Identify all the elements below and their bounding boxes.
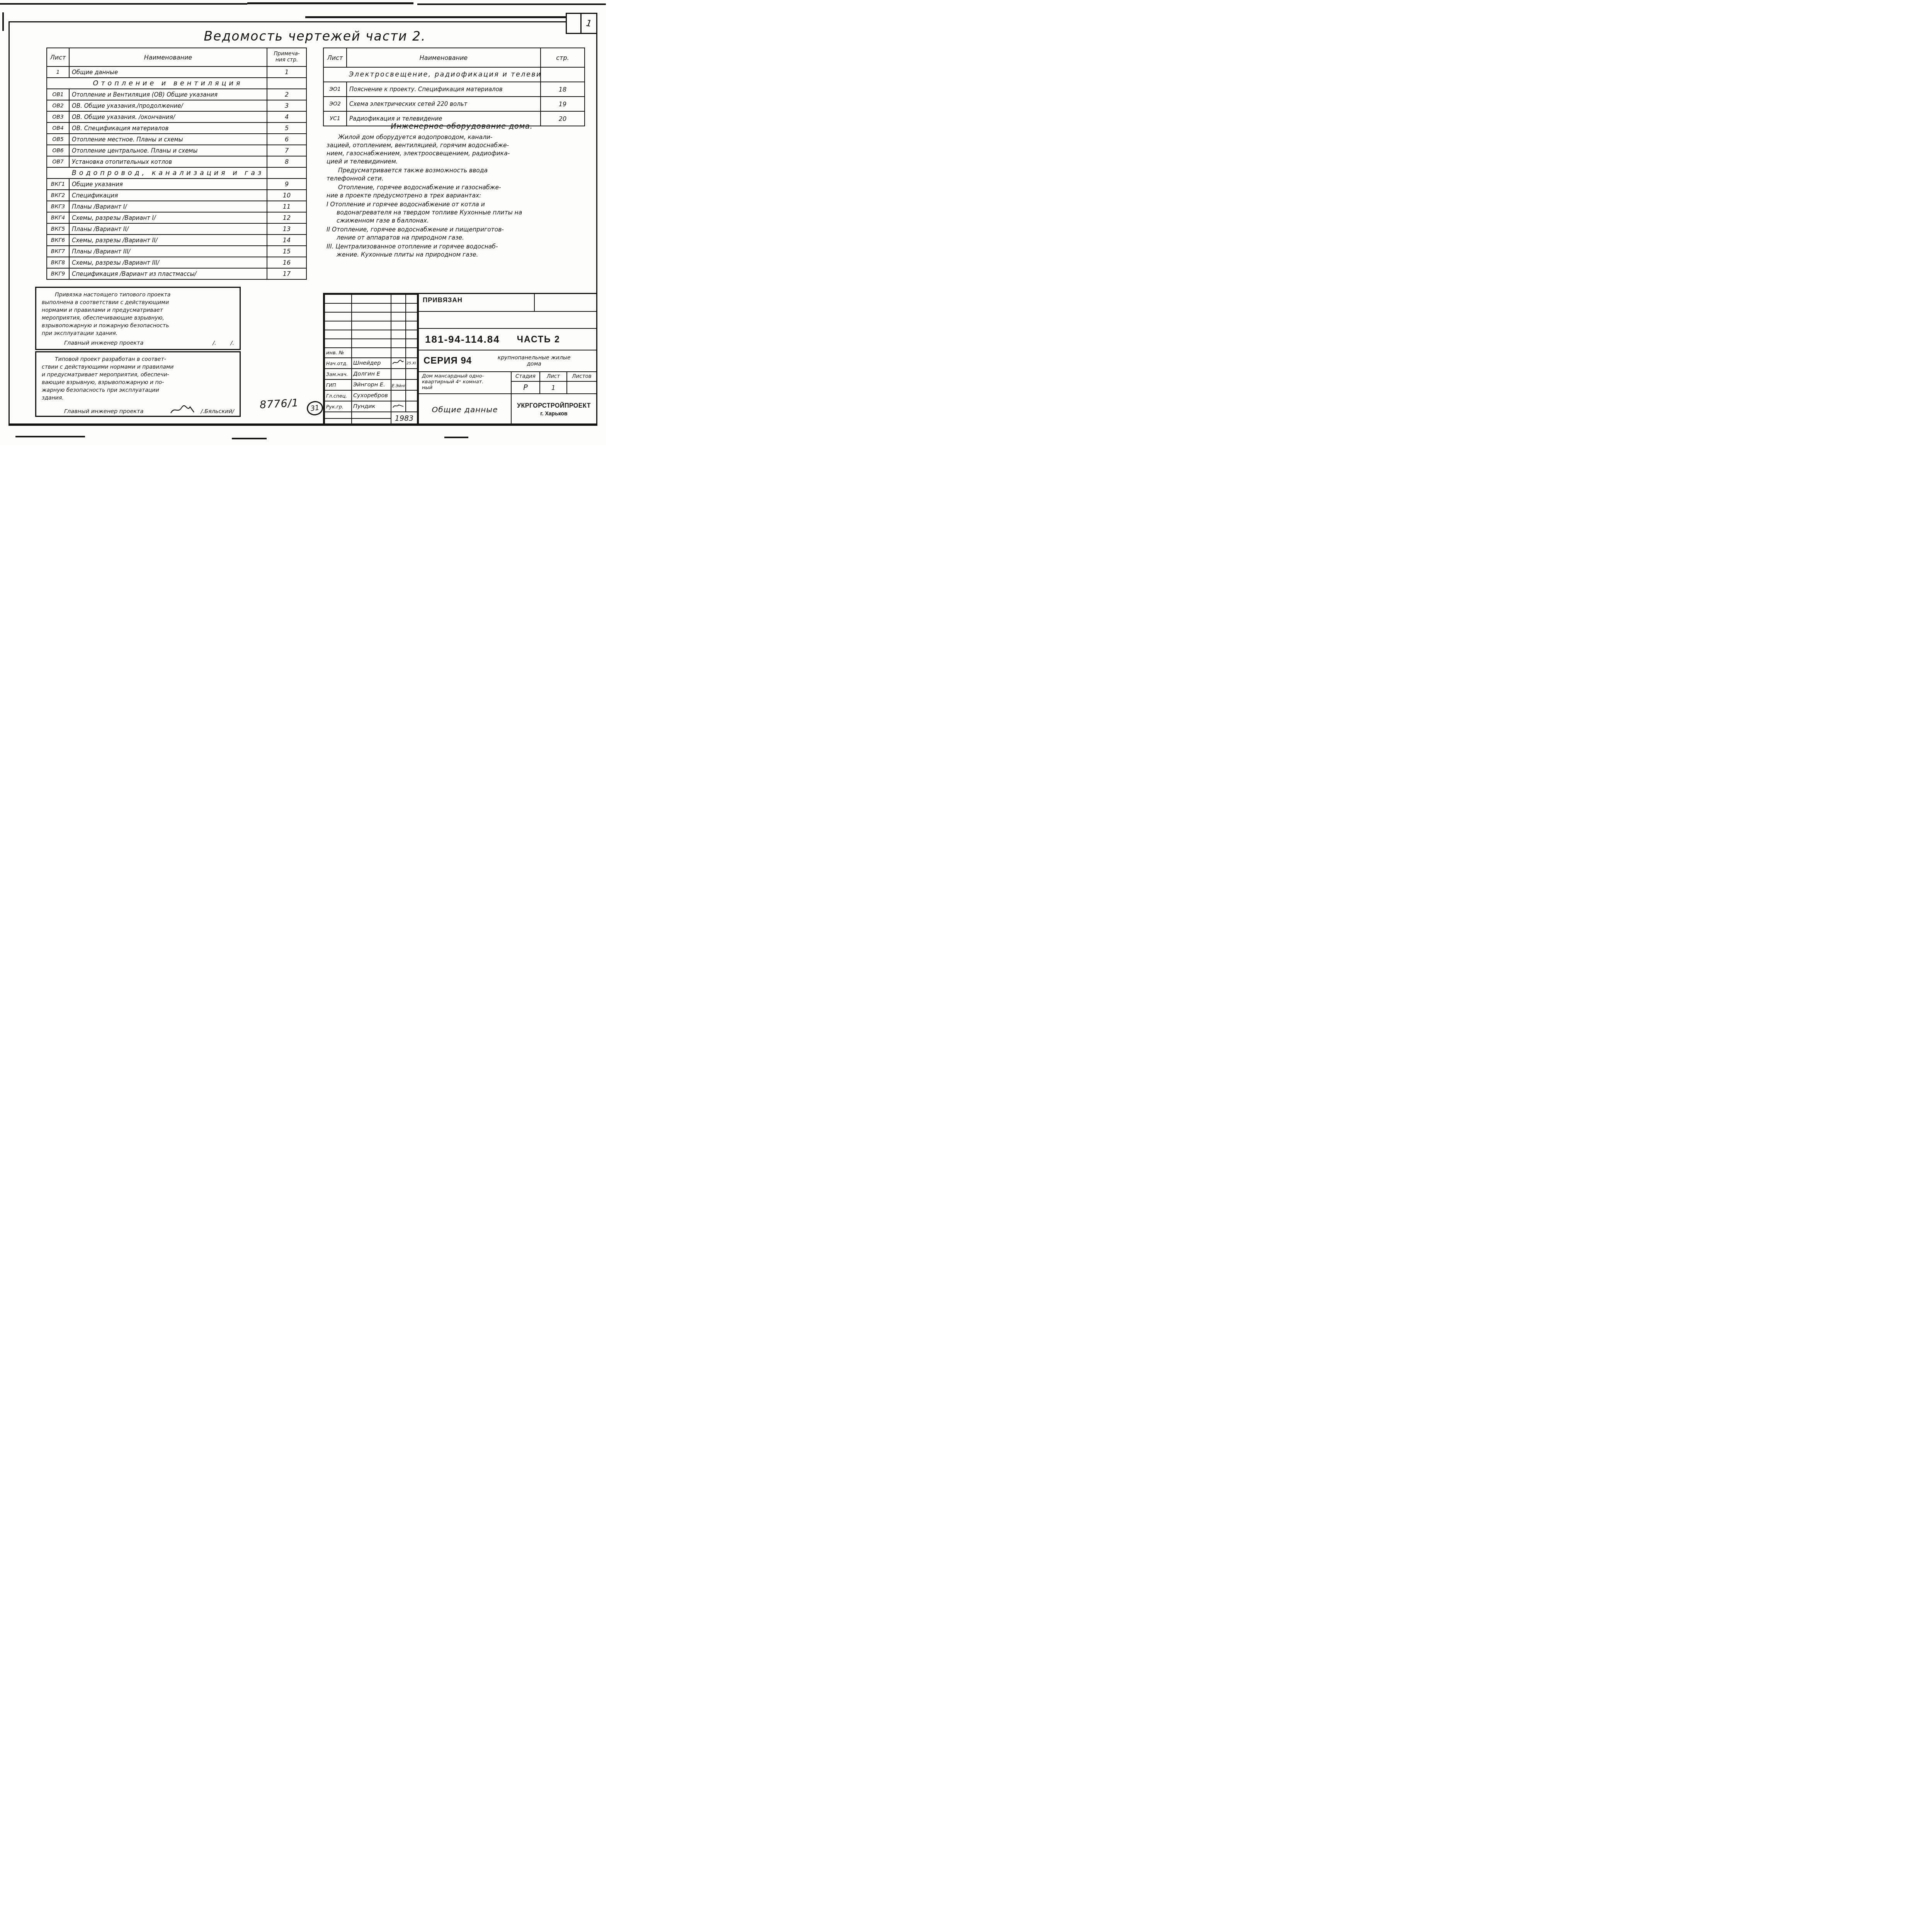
cell-sheet-code: ВКГ8 — [47, 257, 69, 268]
cell-drawing-name: ОВ. Общие указания. /окончания/ — [69, 111, 267, 122]
cell-drawing-name: Общие указания — [69, 179, 267, 190]
signature-icon — [392, 403, 404, 409]
cell-sheet-code: ВКГ7 — [47, 246, 69, 257]
empty-cell — [391, 312, 406, 321]
sheets-label: Листов — [567, 372, 596, 381]
cell-page-number: 4 — [267, 111, 306, 122]
staff-signature — [391, 390, 406, 401]
staff-row: ГИП Эйнгорн Е. Е.Эйнгорн — [325, 379, 417, 390]
cell-sheet-code: ОВ6 — [47, 145, 69, 156]
table-row: ВКГ8 Схемы, разрезы /Вариант III/ 16 — [47, 257, 306, 268]
col-header-page: стр. — [541, 48, 585, 67]
document-part: ЧАСТЬ 2 — [517, 334, 560, 345]
cell-sheet-code: ОВ1 — [47, 89, 69, 100]
signature-marks: /. /. — [213, 340, 234, 346]
object-stage-row: Дом мансардный одно- квартирный 4ˣ комна… — [419, 371, 596, 393]
staff-signature — [391, 369, 406, 379]
cell-sheet-code: ЭО1 — [323, 82, 347, 97]
stage-label: Стадия — [512, 372, 540, 381]
cell-drawing-name: Отопление и Вентиляция (ОВ) Общие указан… — [69, 89, 267, 100]
table-row: ОВ5 Отопление местное. Планы и схемы 6 — [47, 134, 306, 145]
cell-page-number: 1 — [267, 66, 306, 78]
empty-cell — [406, 303, 417, 312]
table-row: ОВ6 Отопление центральное. Планы и схемы… — [47, 145, 306, 156]
stage-sheet-header: Стадия Лист Листов — [512, 372, 596, 382]
cell-page-number: 9 — [267, 179, 306, 190]
staff-name: Пундик — [352, 401, 391, 412]
table-row: 1 Общие данные 1 — [47, 66, 306, 78]
table-row: ВКГ3 Планы /Вариант I/ 11 — [47, 201, 306, 212]
cell-drawing-name: Планы /Вариант II/ — [69, 223, 267, 235]
cell-page-number: 8 — [267, 156, 306, 167]
cell-drawing-name: Установка отопительных котлов — [69, 156, 267, 167]
cell-drawing-name: Пояснение к проекту. Спецификация матери… — [347, 82, 541, 97]
corner-sheet-number-box: 1 — [566, 13, 597, 34]
signature-icon — [392, 359, 404, 366]
cell-page-number: 17 — [267, 268, 306, 279]
year-cell: 1983 — [391, 412, 417, 425]
cell-page-number: 13 — [267, 223, 306, 235]
scan-artifact — [305, 16, 597, 18]
cell-sheet-code: ВКГ5 — [47, 223, 69, 235]
table-row: ОВ1 Отопление и Вентиляция (ОВ) Общие ук… — [47, 89, 306, 100]
empty-row — [325, 312, 417, 321]
series-row: СЕРИЯ 94 крупнопанельные жилые дома — [419, 350, 596, 371]
col-header-sheet: Лист — [47, 48, 69, 66]
table-row: ВКГ2 Спецификация 10 — [47, 190, 306, 201]
cell-drawing-name: Отопление центральное. Планы и схемы — [69, 145, 267, 156]
sheets-value — [567, 382, 596, 393]
empty-cell — [352, 418, 391, 425]
cell-drawing-name: Отопление и вентиляция — [69, 78, 267, 89]
table-row: ЭО2 Схема электрических сетей 220 вольт … — [323, 97, 585, 111]
staff-signature: Е.Эйнгорн — [391, 379, 406, 390]
empty-cell — [325, 303, 352, 312]
signature-name: /.Бяльский/ — [201, 408, 234, 415]
staff-date — [406, 390, 417, 401]
empty-cell — [325, 418, 352, 425]
cell-page-number: 14 — [267, 235, 306, 246]
signature-label: Главный инженер проекта — [64, 408, 143, 415]
title-block-left-grid: инв. № Нач.отд. Шнейдер 25.XI Зам.нач. Д… — [324, 294, 418, 425]
staff-date — [406, 379, 417, 390]
table-row: ВКГ9 Спецификация /Вариант из пластмассы… — [47, 268, 306, 279]
cell-page-number: 5 — [267, 122, 306, 134]
sheet-title: Общие данные — [419, 394, 512, 425]
page-title: Ведомость чертежей части 2. — [162, 29, 468, 44]
empty-cell — [325, 294, 352, 303]
cell-page-number: 12 — [267, 212, 306, 223]
cell-page-number: 3 — [267, 100, 306, 111]
staff-date — [406, 369, 417, 379]
cell-sheet-code: ВКГ1 — [47, 179, 69, 190]
empty-cell — [352, 412, 391, 418]
privyazan-row: ПРИВЯЗАН — [419, 294, 596, 311]
empty-row — [325, 303, 417, 312]
col-header-name: Наименование — [347, 48, 541, 67]
scan-artifact — [417, 3, 606, 5]
staff-signature — [391, 358, 406, 369]
cell-drawing-name: ОВ. Общие указания./продолжение/ — [69, 100, 267, 111]
sheet-title-row: Общие данные УКРГОРСТРОЙПРОЕКТ г. Харько… — [419, 393, 596, 425]
table-row: ВКГ7 Планы /Вариант III/ 15 — [47, 246, 306, 257]
cell-sheet-code: ОВ4 — [47, 122, 69, 134]
col-header-note: Примеча- ния стр. — [267, 48, 306, 66]
table-header-row: Лист Наименование Примеча- ния стр. — [47, 48, 306, 66]
cell-drawing-name: Спецификация /Вариант из пластмассы/ — [69, 268, 267, 279]
empty-cell — [406, 339, 417, 348]
empty-cell — [352, 321, 391, 330]
cell-sheet-code — [323, 67, 347, 82]
drawings-table-left: Лист Наименование Примеча- ния стр. 1 Об… — [46, 48, 307, 280]
cell-drawing-name: Спецификация — [69, 190, 267, 201]
empty-cell — [406, 348, 417, 358]
empty-cell — [406, 330, 417, 339]
cell-drawing-name: Отопление местное. Планы и схемы — [69, 134, 267, 145]
table-row: ОВ7 Установка отопительных котлов 8 — [47, 156, 306, 167]
corner-sheet-number: 1 — [580, 13, 597, 34]
cell-drawing-name: Общие данные — [69, 66, 267, 78]
table-row: ОВ3 ОВ. Общие указания. /окончания/ 4 — [47, 111, 306, 122]
cell-page-number: 15 — [267, 246, 306, 257]
scan-artifact — [232, 438, 267, 439]
typical-project-note-box: Типовой проект разработан в соответ- ств… — [35, 351, 241, 417]
staff-row: Рук.гр. Пундик — [325, 401, 417, 412]
object-description: Дом мансардный одно- квартирный 4ˣ комна… — [419, 372, 512, 393]
drawings-table-right: Лист Наименование стр. Электросвещение, … — [323, 48, 585, 126]
engineering-note-heading: Инженерное оборудование дома. — [327, 122, 597, 131]
empty-cell — [325, 339, 352, 348]
empty-cell — [325, 312, 352, 321]
empty-cell — [325, 330, 352, 339]
empty-cell — [535, 294, 596, 311]
cell-sheet-code: ВКГ3 — [47, 201, 69, 212]
table-row: ВКГ6 Схемы, разрезы /Вариант II/ 14 — [47, 235, 306, 246]
cell-page-number: 18 — [541, 82, 585, 97]
empty-cell — [352, 348, 391, 358]
sheet-value: 1 — [540, 382, 567, 393]
table-row: Электросвещение, радиофикация и телевиде… — [323, 67, 585, 82]
stage-value: Р — [512, 382, 540, 393]
col-header-sheet: Лист — [323, 48, 347, 67]
staff-role: Нач.отд. — [325, 358, 352, 369]
cell-sheet-code: ОВ5 — [47, 134, 69, 145]
empty-cell — [352, 312, 391, 321]
table-row: ВКГ1 Общие указания 9 — [47, 179, 306, 190]
signature-icon — [169, 405, 198, 415]
table-row: ВКГ4 Схемы, разрезы /Вариант I/ 12 — [47, 212, 306, 223]
organization: УКРГОРСТРОЙПРОЕКТ г. Харьков — [512, 394, 596, 425]
cell-sheet-code: ВКГ2 — [47, 190, 69, 201]
cell-page-number — [541, 67, 585, 82]
empty-cell — [391, 348, 406, 358]
cell-drawing-name: Схемы, разрезы /Вариант II/ — [69, 235, 267, 246]
empty-cell — [325, 412, 352, 418]
note-text: Типовой проект разработан в соответ- ств… — [42, 355, 234, 402]
cell-drawing-name: Схема электрических сетей 220 вольт — [347, 97, 541, 111]
binding-note-box: Привязка настоящего типового проекта вып… — [35, 287, 241, 350]
staff-signature — [391, 401, 406, 412]
table-row: ЭО1 Пояснение к проекту. Спецификация ма… — [323, 82, 585, 97]
paragraph-variant-1: I Отопление и горячее водоснабжение от к… — [327, 201, 597, 225]
empty-cell — [391, 321, 406, 330]
document-number: 181-94-114.84 — [425, 333, 500, 345]
series-label: СЕРИЯ 94 — [423, 355, 472, 366]
cell-drawing-name: Схемы, разрезы /Вариант III/ — [69, 257, 267, 268]
empty-cell — [406, 312, 417, 321]
paragraph: Отопление, горячее водоснабжение и газос… — [327, 184, 597, 200]
cell-page-number: 6 — [267, 134, 306, 145]
inventory-number-label: инв. № — [325, 348, 352, 358]
empty-cell — [352, 303, 391, 312]
cell-page-number: 7 — [267, 145, 306, 156]
staff-role: Рук.гр. — [325, 401, 352, 412]
staff-role: Зам.нач. — [325, 369, 352, 379]
empty-cell — [325, 321, 352, 330]
empty-row — [325, 321, 417, 330]
empty-cell — [391, 303, 406, 312]
scan-artifact — [444, 437, 468, 438]
drawing-sheet: 1 Ведомость чертежей части 2. Лист Наиме… — [0, 0, 606, 445]
cell-page-number: 11 — [267, 201, 306, 212]
table-row: ОВ2 ОВ. Общие указания./продолжение/ 3 — [47, 100, 306, 111]
scan-artifact — [247, 2, 413, 4]
cell-drawing-name: Водопровод, канализация и газ — [69, 167, 267, 179]
empty-row — [325, 339, 417, 348]
staff-row: Нач.отд. Шнейдер 25.XI — [325, 358, 417, 369]
empty-cell — [406, 321, 417, 330]
cell-page-number — [267, 78, 306, 89]
staff-name: Эйнгорн Е. — [352, 379, 391, 390]
circled-number-value: 31 — [310, 404, 320, 413]
engineering-note: Инженерное оборудование дома. Жилой дом … — [327, 122, 597, 260]
table-row: ОВ4 ОВ. Спецификация материалов 5 — [47, 122, 306, 134]
cell-page-number — [267, 167, 306, 179]
empty-cell — [391, 330, 406, 339]
cell-sheet-code: ЭО2 — [323, 97, 347, 111]
inventory-row: инв. № — [325, 348, 417, 358]
cell-sheet-code: ОВ7 — [47, 156, 69, 167]
empty-cell — [352, 330, 391, 339]
stage-sheet-grid: Стадия Лист Листов Р 1 — [512, 372, 596, 393]
paragraph: Жилой дом оборудуется водопроводом, кана… — [327, 133, 597, 166]
staff-name: Шнейдер — [352, 358, 391, 369]
cell-drawing-name: Планы /Вариант III/ — [69, 246, 267, 257]
paragraph-variant-2: II Отопление, горячее водоснабжение и пи… — [327, 226, 597, 242]
cell-sheet-code: 1 — [47, 66, 69, 78]
organization-city: г. Харьков — [540, 410, 567, 417]
signature-row: Главный инженер проекта /.Бяльский/ — [42, 405, 234, 415]
cell-sheet-code — [47, 78, 69, 89]
empty-cell — [352, 294, 391, 303]
paragraph-variant-3: III. Централизованное отопление и горяче… — [327, 243, 597, 259]
col-header-name: Наименование — [69, 48, 267, 66]
cell-sheet-code: ВКГ9 — [47, 268, 69, 279]
cell-drawing-name: ОВ. Спецификация материалов — [69, 122, 267, 134]
staff-name: Долгин Е — [352, 369, 391, 379]
document-number-row: 181-94-114.84 ЧАСТЬ 2 — [419, 328, 596, 350]
staff-row: Гл.спец. Сухоребров — [325, 390, 417, 401]
empty-cell — [352, 339, 391, 348]
empty-row — [419, 311, 596, 328]
empty-row — [325, 294, 417, 303]
cell-page-number: 16 — [267, 257, 306, 268]
scan-artifact — [0, 3, 247, 5]
cell-page-number: 10 — [267, 190, 306, 201]
table-header-row: Лист Наименование стр. — [323, 48, 585, 67]
staff-role: ГИП — [325, 379, 352, 390]
order-number: 8776/1 — [259, 397, 299, 411]
empty-cell — [391, 294, 406, 303]
empty-row — [325, 330, 417, 339]
signature-name: Е.Эйнгорн — [392, 384, 406, 388]
cell-page-number: 19 — [541, 97, 585, 111]
paragraph: Предусматривается также возможность ввод… — [327, 167, 597, 183]
bottom-row: 1983 — [325, 412, 417, 418]
staff-date: 25.XI — [406, 358, 417, 369]
scan-artifact — [2, 12, 4, 31]
corner-empty-cell — [567, 14, 582, 33]
table-row: Отопление и вентиляция — [47, 78, 306, 89]
signature-label: Главный инженер проекта — [64, 340, 143, 346]
cell-drawing-name: Электросвещение, радиофикация и телевиде… — [347, 67, 541, 82]
series-description: крупнопанельные жилые дома — [472, 355, 596, 367]
signature-row: Главный инженер проекта /. /. — [42, 340, 234, 346]
staff-row: Зам.нач. Долгин Е — [325, 369, 417, 379]
stage-sheet-values: Р 1 — [512, 382, 596, 393]
empty-cell — [406, 294, 417, 303]
cell-sheet-code — [47, 167, 69, 179]
privyazan-label: ПРИВЯЗАН — [419, 294, 535, 311]
cell-drawing-name: Планы /Вариант I/ — [69, 201, 267, 212]
cell-sheet-code: ОВ3 — [47, 111, 69, 122]
table-row: ВКГ5 Планы /Вариант II/ 13 — [47, 223, 306, 235]
sheet-label: Лист — [540, 372, 567, 381]
empty-cell — [391, 339, 406, 348]
organization-name: УКРГОРСТРОЙПРОЕКТ — [517, 403, 591, 410]
staff-date — [406, 401, 417, 412]
staff-name: Сухоребров — [352, 390, 391, 401]
note-text: Привязка настоящего типового проекта вып… — [42, 291, 234, 337]
title-block-right: ПРИВЯЗАН 181-94-114.84 ЧАСТЬ 2 СЕРИЯ 94 … — [418, 294, 596, 425]
scan-artifact — [15, 436, 85, 437]
table-row: Водопровод, канализация и газ — [47, 167, 306, 179]
staff-role: Гл.спец. — [325, 390, 352, 401]
title-block: инв. № Нач.отд. Шнейдер 25.XI Зам.нач. Д… — [323, 293, 597, 426]
cell-sheet-code: ОВ2 — [47, 100, 69, 111]
cell-page-number: 2 — [267, 89, 306, 100]
cell-drawing-name: Схемы, разрезы /Вариант I/ — [69, 212, 267, 223]
cell-sheet-code: ВКГ4 — [47, 212, 69, 223]
cell-sheet-code: ВКГ6 — [47, 235, 69, 246]
